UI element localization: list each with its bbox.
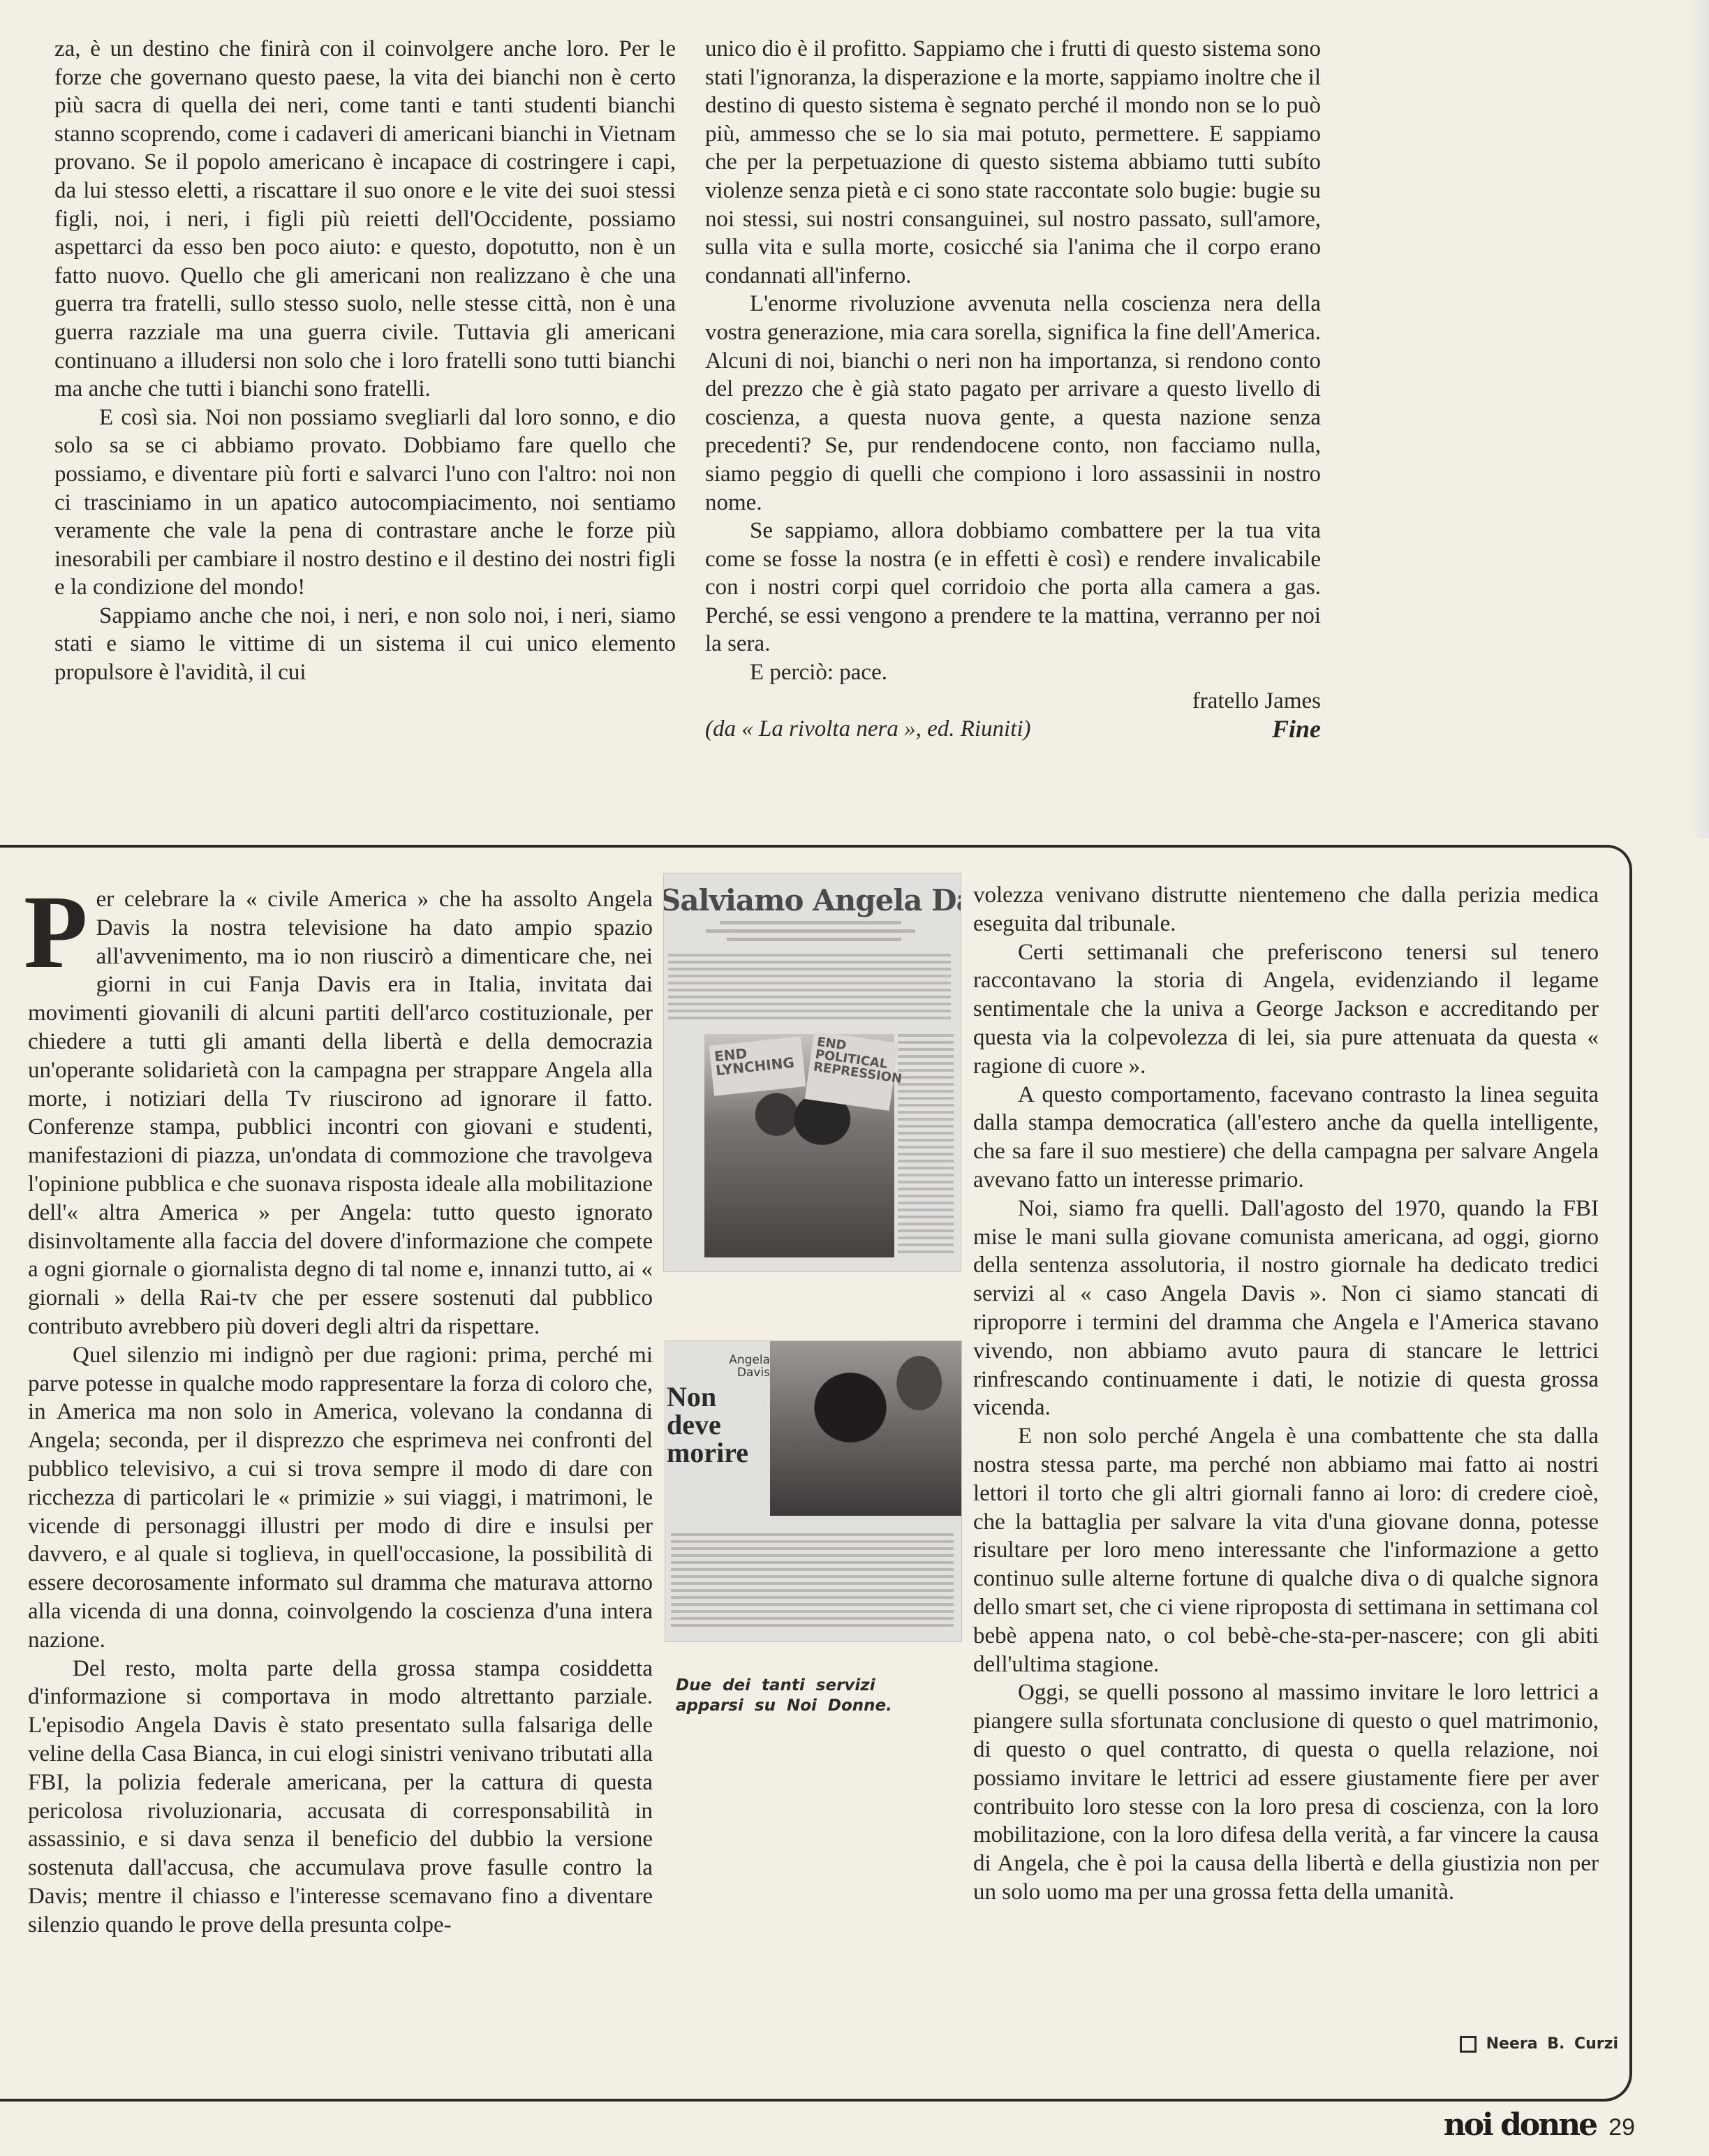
letter-paragraph: L'enorme rivoluzione avvenuta nella cosc…	[705, 290, 1321, 517]
page-number: 29	[1608, 2114, 1635, 2141]
drop-cap: P	[24, 891, 88, 973]
placard: END LYNCHING	[709, 1036, 806, 1095]
letter-paragraph: E così sia. Noi non possiamo svegliarli …	[54, 404, 676, 602]
box-paragraph: Oggi, se quelli possono al massimo invit…	[973, 1678, 1599, 1906]
box-paragraph: volezza venivano distrutte nientemeno ch…	[973, 881, 1599, 938]
box-paragraph: Del resto, molta parte della grossa stam…	[28, 1655, 653, 1940]
bleed-through-strip	[1688, 0, 1709, 838]
placard: END POLITICAL REPRESSION	[805, 1031, 898, 1111]
clipping-headline: Non deve morire	[667, 1383, 771, 1467]
box-paragraph: Per celebrare la « civile America » che …	[28, 885, 653, 1341]
box-paragraph: E non solo perché Angela è una combatten…	[973, 1422, 1599, 1678]
clipping-body-text	[671, 1533, 954, 1631]
box-left-column: Per celebrare la « civile America » che …	[28, 885, 653, 1939]
protest-photo: END LYNCHING END POLITICAL REPRESSION	[704, 1034, 894, 1257]
subhead-line	[720, 921, 901, 924]
page-footer: noi donne 29	[1444, 2107, 1635, 2143]
clipping-body-text	[668, 954, 951, 1024]
end-mark: Fine	[1272, 715, 1321, 744]
clipping-headline: Salviamo Angela Davis	[663, 883, 961, 917]
box-right-column: volezza venivano distrutte nientemeno ch…	[973, 881, 1599, 1907]
clipping-kicker: Angela Davis	[707, 1354, 770, 1379]
letter-paragraph: za, è un destino che finirà con il coinv…	[54, 35, 676, 404]
letter-source-row: (da « La rivolta nera », ed. Riuniti) Fi…	[705, 715, 1321, 744]
box-paragraph: Noi, siamo fra quelli. Dall'agosto del 1…	[973, 1195, 1599, 1422]
box-paragraph-text: er celebrare la « civile America » che h…	[28, 887, 653, 1339]
author-name: Neera B. Curzi	[1486, 2035, 1618, 2053]
portrait-photo	[770, 1341, 961, 1516]
box-paragraph: A questo comportamento, facevano contras…	[973, 1081, 1599, 1195]
box-paragraph: Quel silenzio mi indignò per due ragioni…	[28, 1341, 653, 1655]
square-bullet-icon	[1460, 2036, 1477, 2053]
subhead-line	[706, 929, 915, 933]
letter-signature: fratello James	[1192, 687, 1321, 716]
magazine-logo: noi donne	[1444, 2107, 1596, 2143]
author-byline: Neera B. Curzi	[1460, 2035, 1618, 2053]
clippings-caption: Due dei tanti servizi apparsi su Noi Don…	[676, 1676, 941, 1716]
letter-right-column: unico dio è il profitto. Sappiamo che i …	[705, 35, 1321, 744]
letter-left-column: za, è un destino che finirà con il coinv…	[54, 35, 676, 687]
letter-signature-row: fratello James	[705, 687, 1321, 716]
clipping-salviamo-angela-davis: Salviamo Angela Davis END LYNCHING END P…	[663, 873, 961, 1272]
subhead-line	[727, 938, 901, 941]
letter-paragraph: unico dio è il profitto. Sappiamo che i …	[705, 35, 1321, 290]
box-paragraph: Certi settimanali che preferiscono tener…	[973, 938, 1599, 1081]
letter-source: (da « La rivolta nera », ed. Riuniti)	[705, 715, 1031, 744]
letter-paragraph: Sappiamo anche che noi, i neri, e non so…	[54, 602, 676, 687]
letter-paragraph: E perciò: pace.	[705, 658, 1321, 687]
clipping-non-deve-morire: Angela Davis Non deve morire	[665, 1341, 962, 1642]
letter-paragraph: Se sappiamo, allora dobbiamo combattere …	[705, 517, 1321, 658]
clipping-body-text	[898, 1034, 954, 1257]
